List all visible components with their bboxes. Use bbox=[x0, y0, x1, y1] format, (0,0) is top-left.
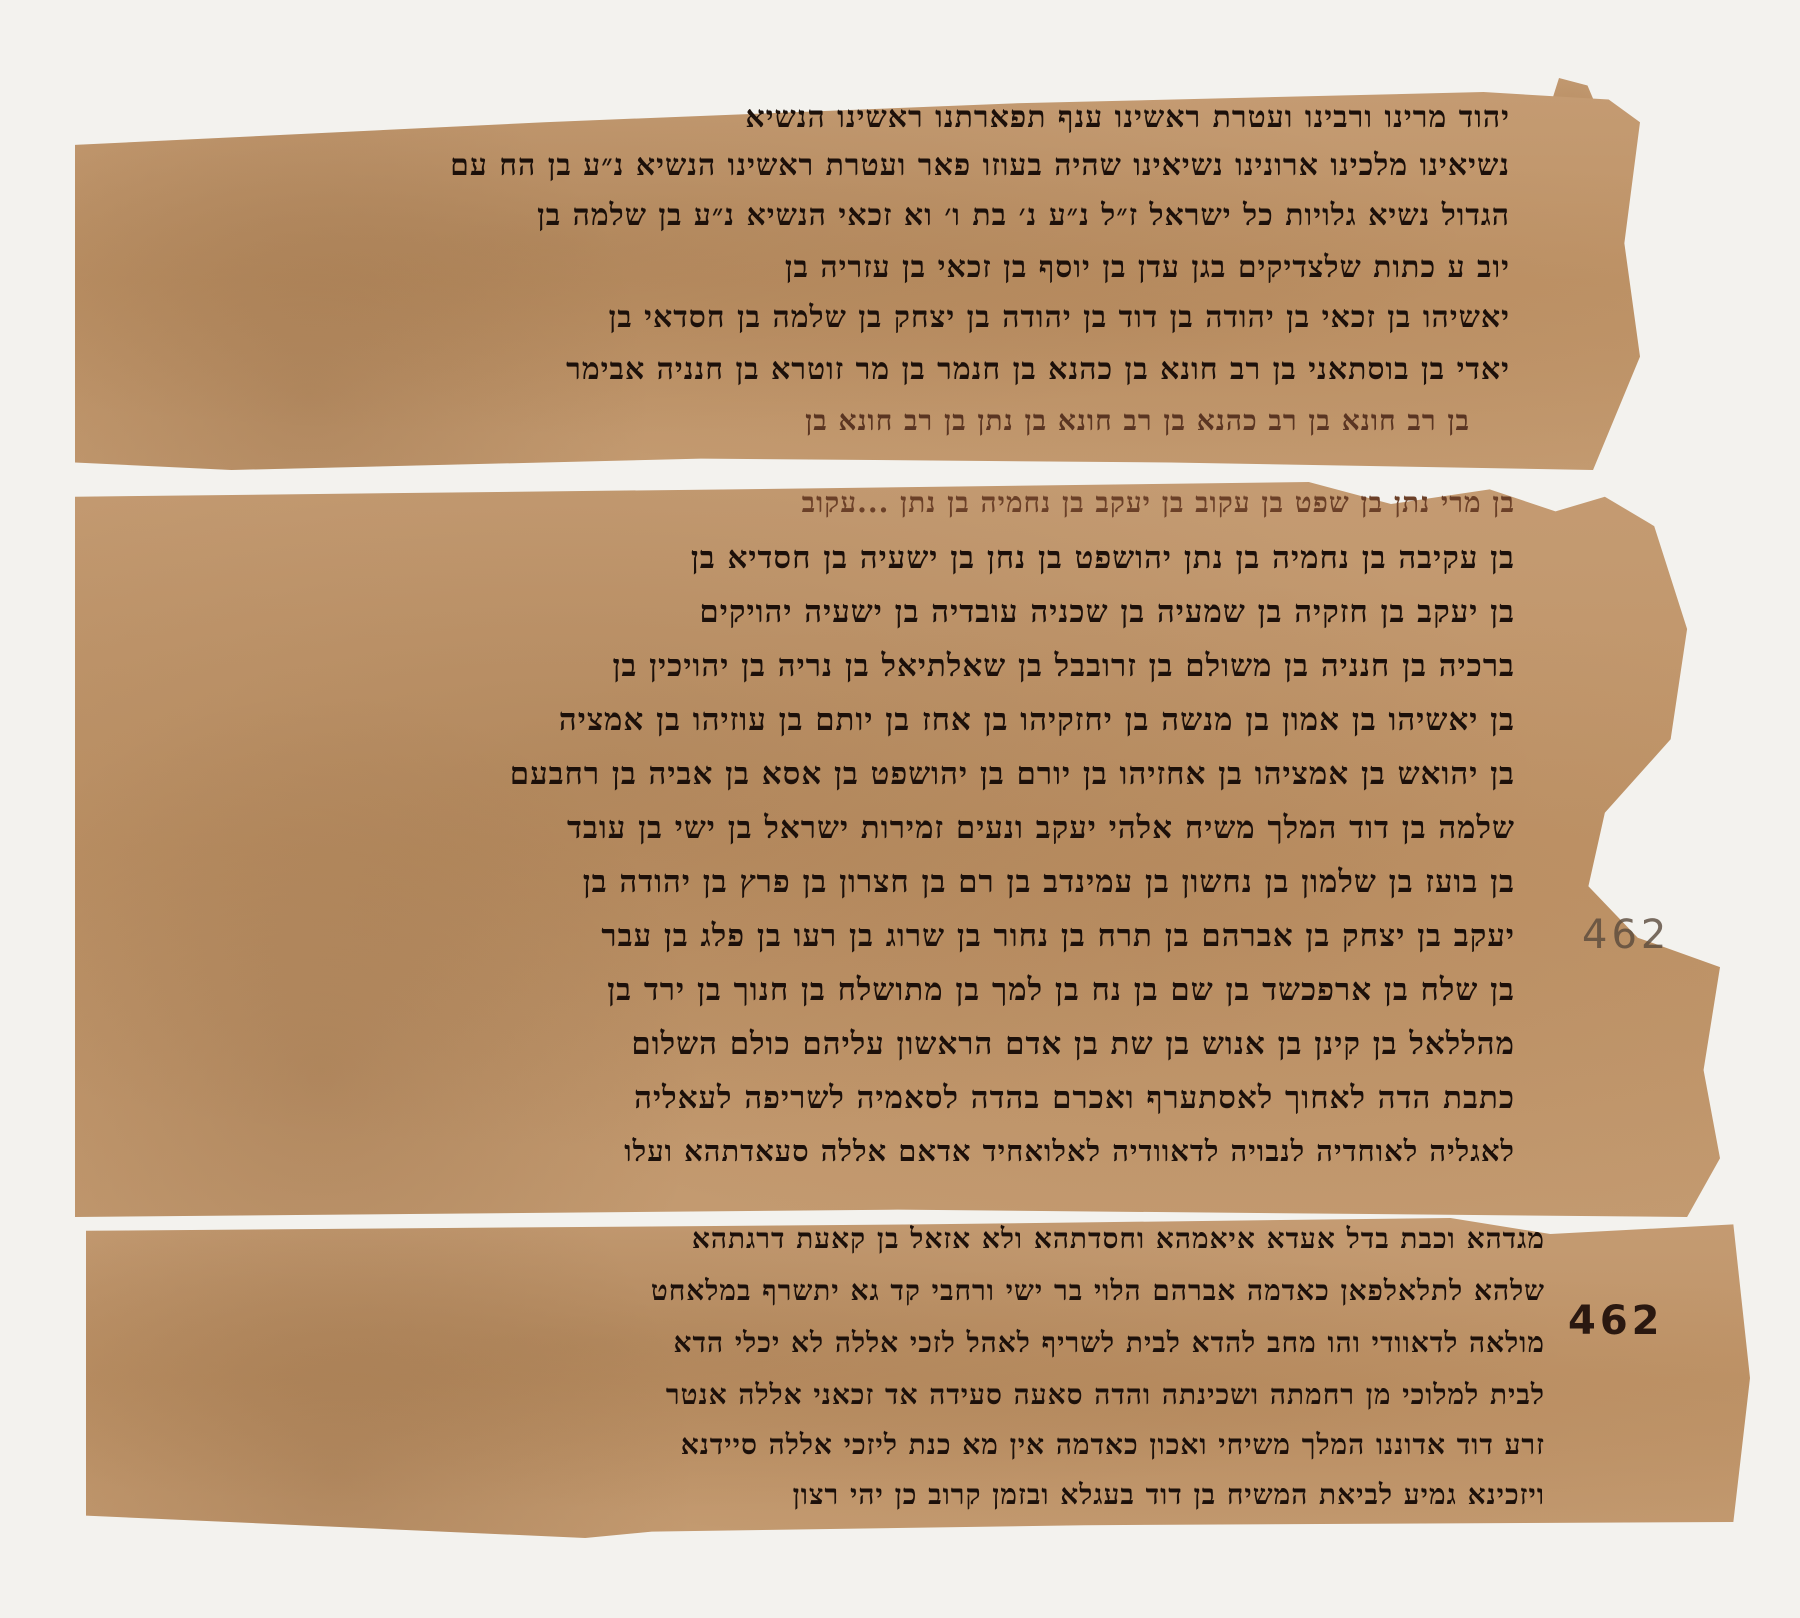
text-line: לאגליה לאוחדיה לנבויה לדאוודיה לאלואחיד … bbox=[624, 1134, 1515, 1169]
text-line: שלהא לתלאלפאן כאדמה אברהם הלוי בר ישי ור… bbox=[651, 1274, 1545, 1308]
text-line: בן עקיבה בן נחמיה בן נתן יהושפט בן נחן ב… bbox=[691, 540, 1515, 576]
text-line: בן יהואש בן אמציהו בן אחזיהו בן יורם בן … bbox=[510, 756, 1515, 792]
text-line: כתבת הדה לאחוך לאסתערף ואכרם בהדה לסאמיה… bbox=[634, 1080, 1515, 1116]
text-line: מולאה לדאוודי והו מחב להדא לבית לשריף לא… bbox=[674, 1326, 1545, 1360]
text-line: יוב ע כתות שלצדיקים בגן עדן בן יוסף בן ז… bbox=[785, 250, 1510, 285]
text-line: בן בועז בן שלמון בן נחשון בן עמינדב בן ר… bbox=[583, 864, 1515, 900]
text-line: ברכיה בן חנניה בן משולם בן זרובבל בן שאל… bbox=[613, 648, 1516, 684]
text-line: בן שלח בן ארפכשד בן שם בן נח בן למך בן מ… bbox=[607, 972, 1515, 1008]
text-line: בן מרי נתן בן שפט בן עקוב בן יעקב בן נחמ… bbox=[802, 486, 1515, 520]
text-line: בן רב חונא בן רב כהנא בן רב חונא בן נתן … bbox=[805, 404, 1470, 438]
text-line: יהוד מרינו ורבינו ועטרת ראשינו ענף תפארת… bbox=[745, 100, 1510, 135]
text-line: מגדהא וכבת בדל אעדא איאמהא וחסדתהא ולא א… bbox=[692, 1222, 1545, 1256]
ink-shelf-mark: 462 bbox=[1568, 1298, 1664, 1344]
pencil-shelf-mark: 462 bbox=[1582, 912, 1670, 958]
text-line: לבית למלוכי מן רחמתה ושכינתה והדה סאעה ס… bbox=[666, 1378, 1545, 1412]
text-line: הגדול נשיא גלויות כל ישראל ז״ל נ״ע נ׳ בת… bbox=[537, 198, 1510, 233]
text-line: ויזכינא גמיע לביאת המשיח בן דוד בעגלא וב… bbox=[793, 1478, 1545, 1512]
text-line: נשיאינו מלכינו ארונינו נשיאינו שהיה בעוז… bbox=[450, 148, 1510, 183]
text-line: בן יאשיהו בן אמון בן מנשה בן יחזקיהו בן … bbox=[559, 702, 1515, 738]
text-line: זרע דוד אדוננו המלך משיחי ואכון כאדמה אי… bbox=[681, 1428, 1545, 1462]
text-line: בן יעקב בן חזקיה בן שמעיה בן שכניה עובדי… bbox=[699, 594, 1515, 630]
text-line: יעקב בן יצחק בן אברהם בן תרח בן נחור בן … bbox=[601, 918, 1515, 954]
text-line: שלמה בן דוד המלך משיח אלהי יעקב ונעים זמ… bbox=[567, 810, 1515, 846]
text-line: יאשיהו בן זכאי בן יהודה בן דוד בן יהודה … bbox=[609, 300, 1510, 335]
text-line: מהללאל בן קינן בן אנוש בן שת בן אדם הראש… bbox=[631, 1026, 1515, 1062]
text-line: יאדי בן בוסתאני בן רב חונא בן כהנא בן חנ… bbox=[566, 352, 1510, 387]
